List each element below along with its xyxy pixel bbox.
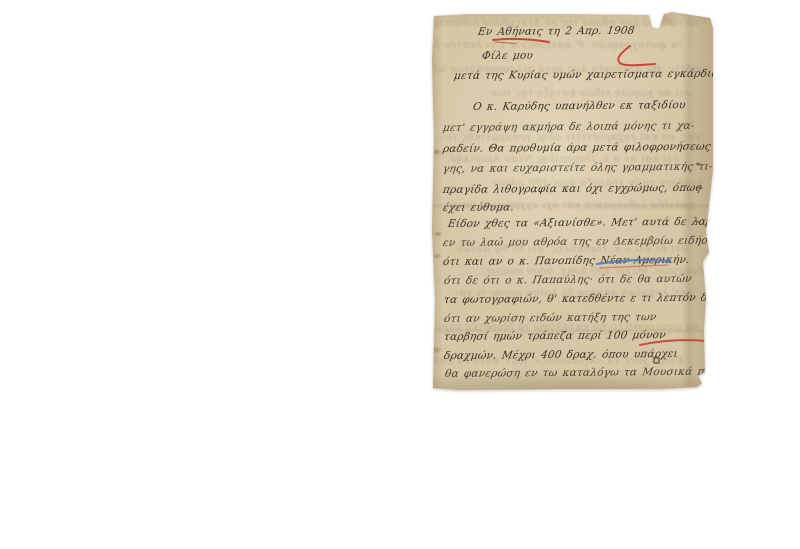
red-underline-date-secondary xyxy=(495,42,516,44)
date-line: Εν Αθήναις τη 2 Απρ. 1908 xyxy=(477,25,635,38)
handwritten-line: πραγίδα λιθογραφία και όχι εγχρώμως, όπω… xyxy=(442,182,702,196)
salutation-line: Φίλε μου xyxy=(481,50,534,62)
handwritten-line: έχει εύθυμα. xyxy=(442,201,515,214)
handwritten-line: εν τω λαώ μου αθρόα της εν Δεκεμβρίω ειδ… xyxy=(442,235,713,249)
handwritten-line: δραχμών. Μέχρι 400 δραχ. όπου υπάρχει xyxy=(443,348,679,362)
handwritten-line: θα φανερώση εν τω καταλόγω τα Μουσικά πε… xyxy=(444,365,713,380)
handwritten-line: μετ' εγγράψη ακμήρα δε λοιπά μόνης τι χα… xyxy=(442,120,695,134)
handwritten-line: Ο κ. Καρύδης υπανήλθεν εκ ταξιδίου xyxy=(472,99,686,113)
handwritten-line: Είδον χθες τα «Αξιανίσθε». Μετ' αυτά δε … xyxy=(447,216,713,230)
handwritten-line: ταρβησί ημών τράπεζα περί 100 μόνον xyxy=(443,329,667,343)
handwritten-line: τα φωτογραφιών, θ' κατεδθέντε ε τι λεπτό… xyxy=(443,292,713,306)
bleedthrough-text: τα φωτογραφιών, θ' κατεδθέντε ε τι λεπτό… xyxy=(432,40,683,51)
letter-page: εν τω λαώ μου αθρόα της εν Δεκεμβρίω ειδ… xyxy=(432,12,713,391)
scan-canvas: εν τω λαώ μου αθρόα της εν Δεκεμβρίω ειδ… xyxy=(0,0,800,549)
handwritten-line: γης, να και ευχαριστείτε όλης γραμματική… xyxy=(442,161,713,175)
handwritten-line: ότι και αν ο κ. Πανοπίδης Νέαν Αμερικήν. xyxy=(442,254,690,268)
handwritten-line: ότι αν χωρίση ειδών κατήξη της των xyxy=(443,311,657,325)
letter-page-container: εν τω λαώ μου αθρόα της εν Δεκεμβρίω ειδ… xyxy=(432,12,713,391)
red-underline-date xyxy=(493,39,549,42)
handwritten-line: ότι δε ότι ο κ. Παπαύλης· ότι δε θα αυτώ… xyxy=(443,273,693,287)
bleedthrough-text: ότι αν χωρίση ειδών κατήξη της των xyxy=(490,88,691,99)
red-corner-mark xyxy=(618,46,655,65)
handwritten-line: ραδείν. Θα προθυμία άρα μετά φιλοφρονήσε… xyxy=(442,140,713,155)
handwritten-line: μετά της Κυρίας υμών χαιρετίσματα εγκάρδ… xyxy=(453,68,713,82)
